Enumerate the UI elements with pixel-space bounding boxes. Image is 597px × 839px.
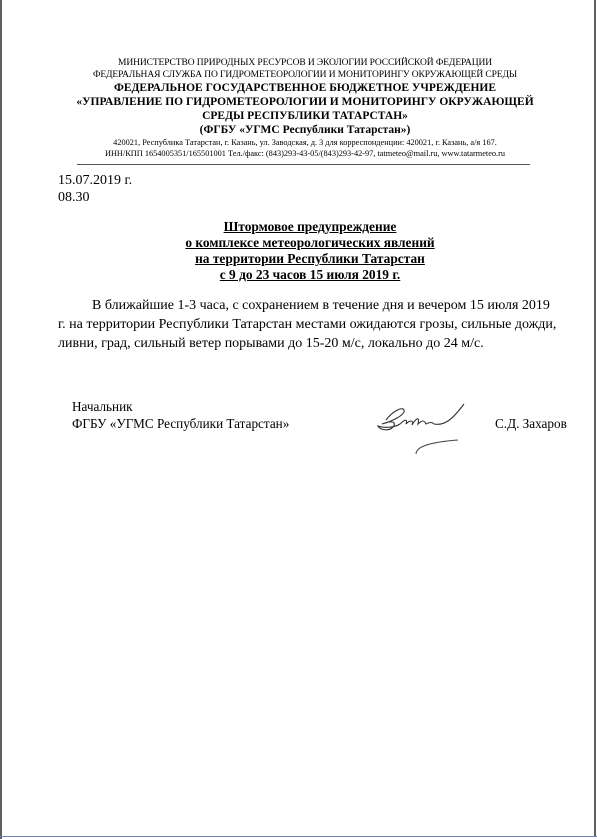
issue-date: 15.07.2019 г. [58, 172, 132, 189]
service-name: ФЕДЕРАЛЬНАЯ СЛУЖБА ПО ГИДРОМЕТЕОРОЛОГИИ … [60, 69, 550, 81]
page-border-bottom [0, 836, 597, 837]
org-name-line-3: СРЕДЫ РЕСПУБЛИКИ ТАТАРСТАН» [60, 109, 550, 123]
issue-time: 08.30 [58, 189, 132, 206]
org-name-line-1: ФЕДЕРАЛЬНОЕ ГОСУДАРСТВЕННОЕ БЮДЖЕТНОЕ УЧ… [60, 81, 550, 95]
position-org: ФГБУ «УГМС Республики Татарстан» [72, 415, 289, 432]
title-line: с 9 до 23 часов 15 июля 2019 г. [100, 267, 520, 283]
body-line: В ближайшие 1-3 часа, с сохранением в те… [58, 296, 574, 315]
document-title: Штормовое предупреждение о комплексе мет… [100, 219, 520, 283]
position-title: Начальник [72, 398, 289, 415]
ministry-name: МИНИСТЕРСТВО ПРИРОДНЫХ РЕСУРСОВ И ЭКОЛОГ… [60, 57, 550, 69]
page-border-left [0, 0, 2, 839]
title-line: Штормовое предупреждение [100, 219, 520, 235]
org-name-line-2: «УПРАВЛЕНИЕ ПО ГИДРОМЕТЕОРОЛОГИИ И МОНИТ… [60, 95, 550, 109]
letterhead: МИНИСТЕРСТВО ПРИРОДНЫХ РЕСУРСОВ И ЭКОЛОГ… [60, 57, 550, 159]
org-short-name: (ФГБУ «УГМС Республики Татарстан») [60, 123, 550, 137]
handwritten-signature-icon [372, 398, 482, 460]
body-line: г. на территории Республики Татарстан ме… [58, 315, 574, 334]
signatory-name: С.Д. Захаров [495, 415, 567, 432]
org-contacts: ИНН/КПП 1654005351/165501001 Тел./факс: … [60, 148, 550, 159]
body-line: ливни, град, сильный ветер порывами до 1… [58, 334, 574, 353]
header-divider [77, 164, 530, 165]
page-border-right [594, 0, 596, 837]
warning-body: В ближайшие 1-3 часа, с сохранением в те… [58, 296, 574, 353]
title-line: о комплексе метеорологических явлений [100, 235, 520, 251]
org-address: 420021, Республика Татарстан, г. Казань,… [60, 137, 550, 148]
issue-datetime: 15.07.2019 г. 08.30 [58, 172, 132, 206]
title-line: на территории Республики Татарстан [100, 251, 520, 267]
signatory-position: Начальник ФГБУ «УГМС Республики Татарста… [72, 398, 289, 432]
